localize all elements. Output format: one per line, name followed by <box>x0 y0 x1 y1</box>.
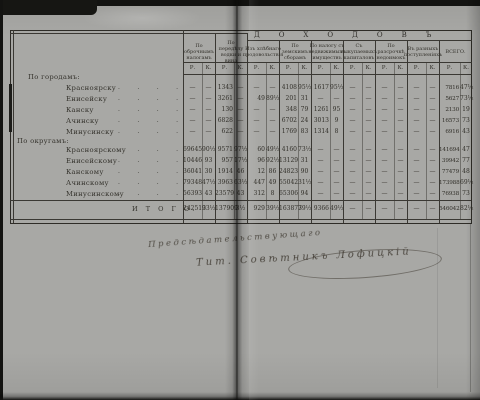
total-amount-cell: 19 <box>460 105 472 115</box>
amount-cell: 30 <box>202 167 215 177</box>
amount-cell: — <box>343 94 362 104</box>
amount-cell: — <box>426 167 439 177</box>
amount-cell: — <box>394 105 407 115</box>
amount-cell: — <box>234 116 247 126</box>
dot-leader: .... <box>118 105 178 115</box>
amount-cell: — <box>394 178 407 188</box>
amount-cell: — <box>202 83 215 93</box>
amount-cell: — <box>311 156 330 166</box>
amount-cell: — <box>266 116 279 126</box>
amount-cell: — <box>234 83 247 93</box>
amount-cell: — <box>234 94 247 104</box>
total-amount-cell: 546042 <box>439 204 460 214</box>
section-label-cities: По городамъ: <box>28 72 80 82</box>
amount-cell: — <box>407 189 426 199</box>
amount-cell: — <box>362 178 375 188</box>
amount-cell: 96 <box>247 156 266 166</box>
city-row: ——1343———410895½161795½——————781647½ <box>183 83 472 93</box>
total-amount-cell: 48 <box>460 167 472 177</box>
page-edge-line <box>470 223 471 392</box>
dot-leader: .... <box>118 83 178 93</box>
amount-cell: — <box>202 94 215 104</box>
amount-cell: — <box>407 105 426 115</box>
amount-cell: — <box>426 83 439 93</box>
amount-cell: 46 <box>234 167 247 177</box>
amount-cell: 56393 <box>183 189 202 199</box>
amount-cell: 622 <box>215 127 234 137</box>
paper-highlight <box>82 5 202 31</box>
amount-cell: — <box>234 105 247 115</box>
currency-unit-label: К. <box>266 62 279 74</box>
amount-cell: — <box>407 94 426 104</box>
amount-cell: 94 <box>298 189 311 199</box>
amount-cell: — <box>247 105 266 115</box>
amount-cell: 49½ <box>266 145 279 155</box>
dot-leader: .... <box>118 116 178 126</box>
amount-cell: — <box>362 167 375 177</box>
amount-cell: 31½ <box>298 178 311 188</box>
amount-cell: — <box>234 127 247 137</box>
dot-leader: .... <box>118 156 178 166</box>
amount-cell: — <box>362 156 375 166</box>
amount-cell: 1314 <box>311 127 330 137</box>
grid-line <box>10 200 471 201</box>
amount-cell: 31 <box>298 156 311 166</box>
amount-cell: — <box>343 156 362 166</box>
amount-cell: 95½ <box>298 83 311 93</box>
page-edge-line <box>437 228 438 388</box>
amount-cell: — <box>375 156 394 166</box>
row-label: Канскому <box>66 167 104 177</box>
amount-cell: 47½ <box>202 178 215 188</box>
amount-cell: 90 <box>298 167 311 177</box>
total-amount-cell: 47½ <box>460 83 472 93</box>
district-row: 360413019144612862482390————————7747948 <box>183 167 472 177</box>
currency-unit-label: К. <box>426 62 439 74</box>
amount-cell: — <box>426 145 439 155</box>
amount-cell: — <box>394 94 407 104</box>
currency-unit-label: Р. <box>311 62 330 74</box>
currency-unit-label: Р. <box>439 62 460 74</box>
amount-cell: 3261 <box>215 94 234 104</box>
amount-cell: 86 <box>266 167 279 177</box>
amount-cell: — <box>426 127 439 137</box>
amount-cell: — <box>330 167 343 177</box>
amount-cell: — <box>407 145 426 155</box>
amount-cell: 447 <box>247 178 266 188</box>
grid-line <box>13 30 14 223</box>
amount-cell: — <box>330 94 343 104</box>
amount-cell: 65306 <box>279 189 298 199</box>
amount-cell: — <box>202 127 215 137</box>
table-title-revenues: ДОХОДОВЪ <box>254 31 450 39</box>
total-amount-cell: 77479 <box>439 167 460 177</box>
amount-cell: 312 <box>247 189 266 199</box>
total-amount-cell: 73 <box>460 189 472 199</box>
amount-cell: — <box>394 116 407 126</box>
amount-cell: 73½ <box>298 145 311 155</box>
amount-cell: — <box>407 156 426 166</box>
currency-unit-label: К. <box>330 62 343 74</box>
amount-cell: — <box>362 127 375 137</box>
district-row: 7934847½396363½447495504231½————————1739… <box>183 178 472 188</box>
scan-edge-left <box>0 0 3 400</box>
amount-cell: 36041 <box>183 167 202 177</box>
amount-cell: — <box>407 127 426 137</box>
amount-cell: — <box>407 167 426 177</box>
total-amount-cell: 16573 <box>439 116 460 126</box>
total-amount-cell: 73½ <box>460 94 472 104</box>
amount-cell: 49 <box>266 178 279 188</box>
total-row-label: И Т О Г О. <box>132 204 197 214</box>
amount-cell: 79348 <box>183 178 202 188</box>
amount-cell: 10446 <box>183 156 202 166</box>
amount-cell: — <box>183 116 202 126</box>
amount-cell: — <box>343 127 362 137</box>
total-amount-cell: 47 <box>460 145 472 155</box>
currency-unit-label: К. <box>298 62 311 74</box>
amount-cell: — <box>394 127 407 137</box>
amount-cell: — <box>330 189 343 199</box>
amount-cell: 23579 <box>215 189 234 199</box>
city-row: ——3261—4989½20131————————562773½ <box>183 94 472 104</box>
amount-cell: — <box>247 116 266 126</box>
total-amount-cell: 39942 <box>439 156 460 166</box>
row-label: Енисейску <box>66 94 107 104</box>
amount-cell: 137909 <box>215 204 234 214</box>
dot-leader: .... <box>118 127 178 137</box>
amount-cell: 95½ <box>330 83 343 93</box>
amount-cell: 90½ <box>202 145 215 155</box>
amount-cell: — <box>394 189 407 199</box>
currency-unit-label: К. <box>234 62 247 74</box>
row-label: Минусинскому <box>66 189 124 199</box>
total-amount-cell: 6916 <box>439 127 460 137</box>
amount-cell: — <box>343 83 362 93</box>
amount-cell: 3013 <box>311 116 330 126</box>
amount-cell: — <box>375 167 394 177</box>
amount-cell: — <box>202 105 215 115</box>
amount-cell: — <box>343 116 362 126</box>
row-label: Канску <box>66 105 94 115</box>
amount-cell: — <box>375 178 394 188</box>
amount-cell: — <box>426 94 439 104</box>
total-amount-cell: 82½ <box>460 204 472 214</box>
amount-cell: — <box>183 94 202 104</box>
row-label: Красноярску <box>66 83 116 93</box>
dot-leader: .... <box>118 94 178 104</box>
totals-row: 24251393½1379093½92939½16387379½936649½—… <box>183 204 472 214</box>
amount-cell: — <box>426 105 439 115</box>
amount-cell: 89½ <box>266 94 279 104</box>
amount-cell: — <box>362 116 375 126</box>
row-label: Минусинску <box>66 127 114 137</box>
amount-cell: — <box>407 204 426 214</box>
scan-edge-corner <box>0 0 97 15</box>
amount-cell: 9 <box>330 116 343 126</box>
amount-cell: — <box>362 105 375 115</box>
total-amount-cell: 69½ <box>460 178 472 188</box>
amount-cell: 83 <box>298 127 311 137</box>
amount-cell: — <box>426 189 439 199</box>
amount-cell: — <box>426 116 439 126</box>
amount-cell: 97½ <box>234 145 247 155</box>
currency-unit-label: К. <box>362 62 375 74</box>
amount-cell: — <box>266 83 279 93</box>
row-label: Ачинску <box>66 116 99 126</box>
amount-cell: — <box>394 167 407 177</box>
amount-cell: — <box>362 189 375 199</box>
currency-unit-label: Р. <box>279 62 298 74</box>
amount-cell: — <box>362 204 375 214</box>
district-row: 6964590½957197½6049½416073½————————14169… <box>183 145 472 155</box>
amount-cell: 1261 <box>311 105 330 115</box>
amount-cell: 4108 <box>279 83 298 93</box>
amount-cell: — <box>311 178 330 188</box>
amount-cell: 93½ <box>202 204 215 214</box>
amount-cell: 93 <box>202 156 215 166</box>
amount-cell: — <box>407 83 426 93</box>
amount-cell: — <box>266 127 279 137</box>
amount-cell: — <box>394 204 407 214</box>
amount-cell: — <box>183 105 202 115</box>
amount-cell: 95 <box>330 105 343 115</box>
total-amount-cell: 76938 <box>439 189 460 199</box>
amount-cell: — <box>183 83 202 93</box>
amount-cell: — <box>375 105 394 115</box>
amount-cell: — <box>311 167 330 177</box>
currency-unit-label: К. <box>460 62 472 74</box>
amount-cell: — <box>330 178 343 188</box>
total-amount-cell: 141694 <box>439 145 460 155</box>
amount-cell: — <box>202 116 215 126</box>
amount-cell: 3½ <box>234 204 247 214</box>
amount-cell: 9366 <box>311 204 330 214</box>
amount-cell: 43 <box>234 189 247 199</box>
grid-line <box>183 74 472 75</box>
amount-cell: — <box>426 156 439 166</box>
amount-cell: — <box>394 145 407 155</box>
amount-cell: — <box>426 178 439 188</box>
amount-cell: — <box>343 204 362 214</box>
amount-cell: — <box>375 145 394 155</box>
amount-cell: — <box>375 116 394 126</box>
total-amount-cell: 7816 <box>439 83 460 93</box>
row-label: Енисейскому <box>66 156 117 166</box>
total-amount-cell: 5627 <box>439 94 460 104</box>
column-header-row: По оброчнымъ налогамъПо передѣлу водки и… <box>183 40 472 62</box>
signature-flourish <box>287 245 443 284</box>
amount-cell: 4160 <box>279 145 298 155</box>
amount-cell: 12 <box>247 167 266 177</box>
amount-cell: — <box>375 94 394 104</box>
amount-cell: 130 <box>215 105 234 115</box>
amount-cell: 49 <box>247 94 266 104</box>
amount-cell: — <box>343 105 362 115</box>
amount-cell: 1914 <box>215 167 234 177</box>
city-row: ——6828———67022430139——————1657373 <box>183 116 472 126</box>
currency-unit-label: Р. <box>375 62 394 74</box>
scan-edge-top <box>0 0 480 6</box>
amount-cell: — <box>311 145 330 155</box>
total-amount-cell: 173988 <box>439 178 460 188</box>
currency-unit-label: Р. <box>407 62 426 74</box>
amount-cell: 8 <box>330 127 343 137</box>
district-row: 5639343235794331286530694————————7693873 <box>183 189 472 199</box>
amount-cell: — <box>375 83 394 93</box>
dot-leader: .... <box>118 178 178 188</box>
amount-cell: — <box>311 189 330 199</box>
amount-cell: — <box>343 167 362 177</box>
amount-cell: 31 <box>298 94 311 104</box>
amount-cell: — <box>407 178 426 188</box>
total-amount-cell: 77 <box>460 156 472 166</box>
currency-unit-label: Р. <box>343 62 362 74</box>
amount-cell: 8 <box>266 189 279 199</box>
city-row: ——622———17698313148——————691643 <box>183 127 472 137</box>
amount-cell: 201 <box>279 94 298 104</box>
total-amount-cell: 73 <box>460 116 472 126</box>
amount-cell: 957 <box>215 156 234 166</box>
amount-cell: 6702 <box>279 116 298 126</box>
currency-unit-label: К. <box>202 62 215 74</box>
amount-cell: — <box>362 83 375 93</box>
amount-cell: 49½ <box>330 204 343 214</box>
amount-cell: 69645 <box>183 145 202 155</box>
amount-cell: — <box>183 127 202 137</box>
amount-cell: 929 <box>247 204 266 214</box>
amount-cell: — <box>330 156 343 166</box>
currency-unit-label: Р. <box>247 62 266 74</box>
amount-cell: 1769 <box>279 127 298 137</box>
amount-cell: — <box>247 83 266 93</box>
amount-cell: — <box>426 204 439 214</box>
amount-cell: — <box>375 189 394 199</box>
amount-cell: — <box>362 145 375 155</box>
amount-cell: — <box>343 178 362 188</box>
amount-cell: 17½ <box>234 156 247 166</box>
currency-unit-label: Р. <box>215 62 234 74</box>
amount-cell: 163873 <box>279 204 298 214</box>
grid-line <box>10 33 247 34</box>
amount-cell: 348 <box>279 105 298 115</box>
currency-subheader-row: Р.К.Р.К.Р.К.Р.К.Р.К.Р.К.Р.К.Р.К.Р.К. <box>183 62 472 74</box>
amount-cell: 60 <box>247 145 266 155</box>
city-row: ——130———34879126195——————213019 <box>183 105 472 115</box>
amount-cell: 55042 <box>279 178 298 188</box>
amount-cell: 1343 <box>215 83 234 93</box>
amount-cell: 92½ <box>266 156 279 166</box>
amount-cell: 39½ <box>266 204 279 214</box>
amount-cell: 9571 <box>215 145 234 155</box>
total-amount-cell: 43 <box>460 127 472 137</box>
amount-cell: 79½ <box>298 204 311 214</box>
amount-cell: — <box>343 189 362 199</box>
currency-unit-label: Р. <box>183 62 202 74</box>
handwritten-approval-line: Предсѣдательствующаго <box>148 228 323 250</box>
dot-leader: .... <box>118 189 178 199</box>
amount-cell: 79 <box>298 105 311 115</box>
amount-cell: — <box>394 83 407 93</box>
amount-cell: 3963 <box>215 178 234 188</box>
amount-cell: 24 <box>298 116 311 126</box>
amount-cell: — <box>247 127 266 137</box>
amount-cell: 43 <box>202 189 215 199</box>
amount-cell: 1617 <box>311 83 330 93</box>
section-label-districts: По округамъ: <box>17 136 69 146</box>
amount-cell: — <box>343 145 362 155</box>
amount-cell: — <box>362 94 375 104</box>
scan-edge-bottom <box>0 392 480 400</box>
amount-cell: — <box>407 116 426 126</box>
district-row: 104469395717½9692½1312931————————3994277 <box>183 156 472 166</box>
amount-cell: — <box>266 105 279 115</box>
dot-leader: .... <box>118 145 178 155</box>
amount-cell: — <box>330 145 343 155</box>
amount-cell: — <box>375 127 394 137</box>
amount-cell: 63½ <box>234 178 247 188</box>
scanned-ledger-page: ДОХОДОВЪ По оброчнымъ налогамъПо передѣл… <box>0 0 480 400</box>
dot-leader: .... <box>118 167 178 177</box>
amount-cell: — <box>311 94 330 104</box>
amount-cell: 24823 <box>279 167 298 177</box>
amount-cell: — <box>375 204 394 214</box>
row-label: Ачинскому <box>66 178 109 188</box>
amount-cell: — <box>394 156 407 166</box>
amount-cell: 13129 <box>279 156 298 166</box>
currency-unit-label: К. <box>394 62 407 74</box>
amount-cell: 6828 <box>215 116 234 126</box>
total-amount-cell: 2130 <box>439 105 460 115</box>
grid-line <box>10 219 471 220</box>
